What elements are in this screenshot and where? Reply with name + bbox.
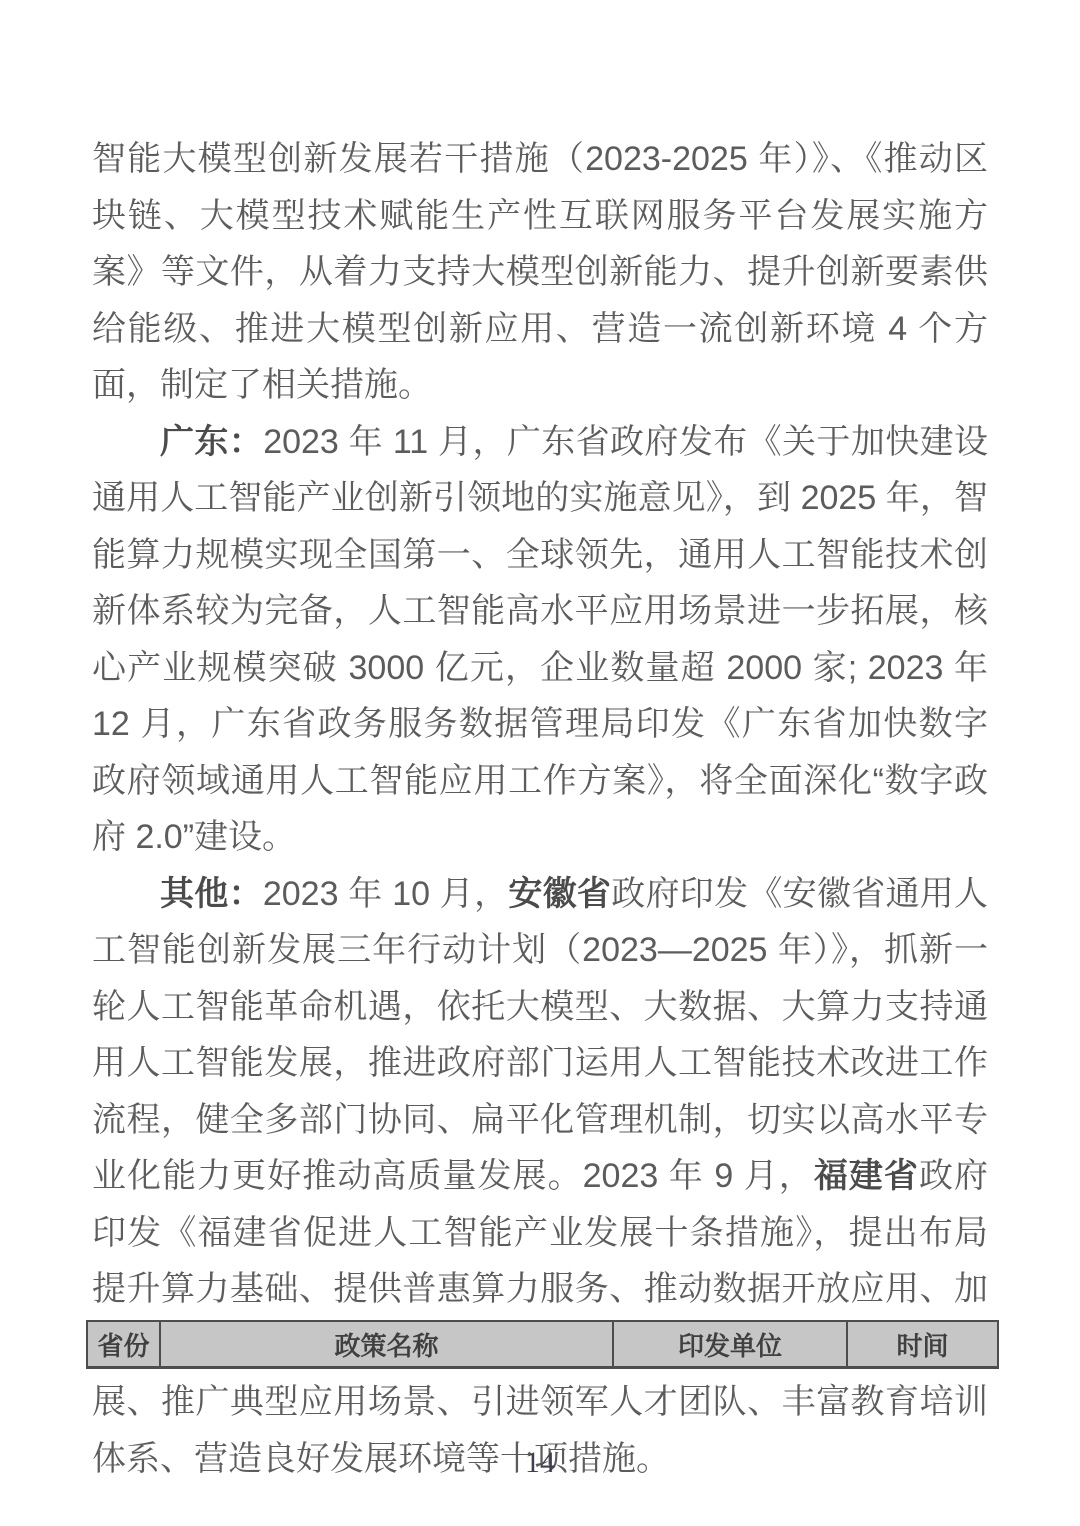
table-header-time: 时间 [847,1321,998,1368]
table-header-province: 省份 [87,1321,160,1368]
policy-table-header-row: 省份 政策名称 印发单位 时间 [87,1321,998,1368]
text-run: 政府印发《安徽省通用人工智能创新发展三年行动计划（2023—2025 年）》，抓… [92,875,988,1196]
body-text: 智能大模型创新发展若干措施（2023-2025 年）》、《推动区块链、大模型技术… [92,131,988,1487]
document-page: 智能大模型创新发展若干措施（2023-2025 年）》、《推动区块链、大模型技术… [0,0,1080,1526]
bold-text-run: 其他： [160,875,263,913]
paragraph: 智能大模型创新发展若干措施（2023-2025 年）》、《推动区块链、大模型技术… [92,131,988,414]
table-header-issuer: 印发单位 [613,1321,847,1368]
paragraph: 广东：2023 年 11 月，广东省政府发布《关于加快建设通用人工智能产业创新引… [92,414,988,866]
table-header-policy-name: 政策名称 [160,1321,613,1368]
bold-text-run: 安徽省 [508,875,611,913]
bold-text-run: 福建省 [814,1157,919,1195]
page-number: 14 [0,1446,1080,1480]
bold-text-run: 广东： [160,423,263,461]
text-run: 2023 年 11 月，广东省政府发布《关于加快建设通用人工智能产业创新引领地的… [92,423,988,857]
paragraph: 其他：2023 年 10 月，安徽省政府印发《安徽省通用人工智能创新发展三年行动… [92,866,988,1488]
text-run: 智能大模型创新发展若干措施（2023-2025 年）》、《推动区块链、大模型技术… [92,140,988,404]
policy-table: 省份 政策名称 印发单位 时间 [86,1320,999,1369]
text-run: 2023 年 10 月， [263,875,509,913]
text-run: 政府印发《福建省促进人工智能产业发展十条措施》，提出布局提升算力基础、提供普惠算… [92,1157,988,1478]
